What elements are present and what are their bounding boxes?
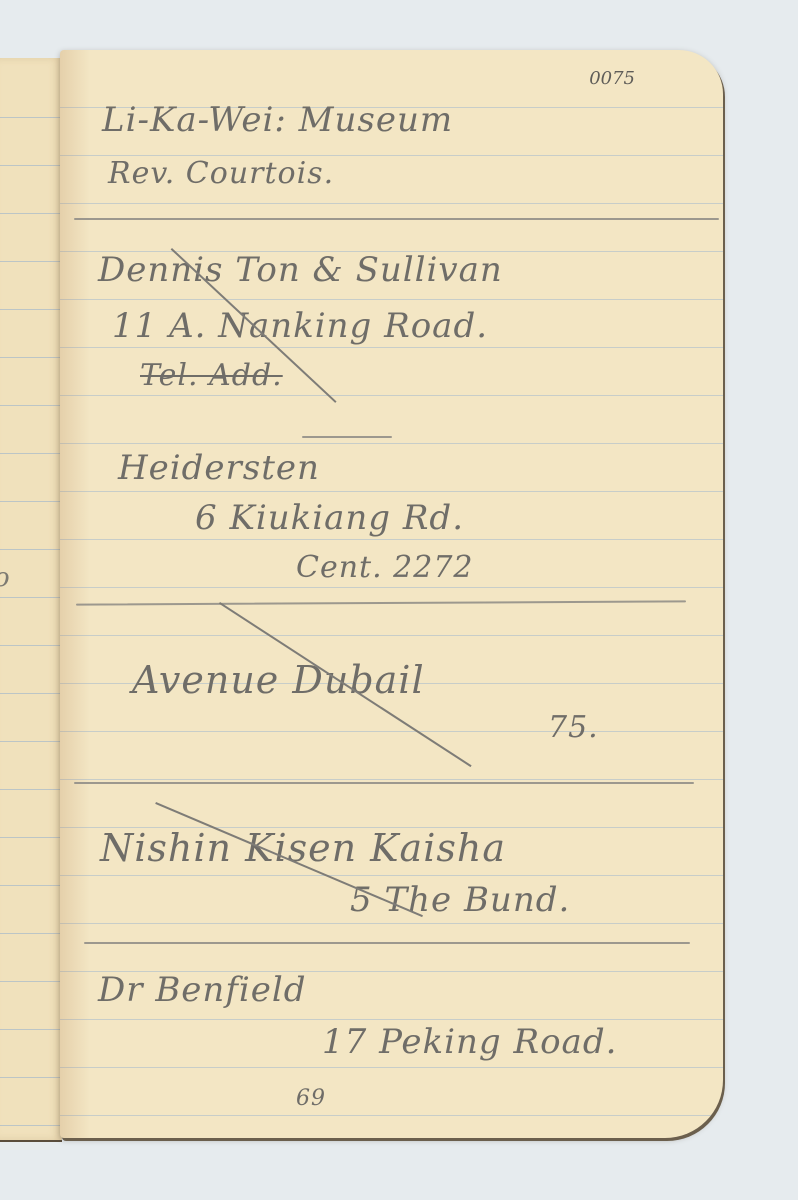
entry-line: 75.: [548, 710, 599, 745]
entry-line: Cent. 2272: [296, 550, 474, 585]
entry-line: Heidersten: [118, 448, 320, 488]
page-number: 69: [296, 1086, 326, 1111]
entry-line: Dennis Ton & Sullivan: [98, 250, 503, 290]
entry-line: Rev. Courtois.: [108, 156, 334, 191]
section-divider: [74, 218, 719, 220]
entry-line: Nishin Kisen Kaisha: [100, 826, 506, 870]
gutter-shadow: [60, 50, 90, 1138]
left-page-edge: o: [0, 58, 62, 1142]
entry-line-struck: Tel. Add.: [140, 358, 283, 393]
notebook-page: 0075 Li-Ka-Wei: Museum Rev. Courtois. De…: [60, 50, 723, 1138]
entry-line: Avenue Dubail: [132, 658, 425, 702]
entry-line: 6 Kiukiang Rd.: [195, 498, 464, 538]
entry-line: Li-Ka-Wei: Museum: [102, 100, 453, 140]
overline-mark: [302, 436, 392, 438]
entry-line: Dr Benfield: [98, 970, 307, 1010]
section-divider: [76, 600, 686, 605]
section-divider: [84, 942, 690, 944]
stray-ink-mark: o: [0, 563, 10, 593]
page-id: 0075: [589, 68, 635, 89]
entry-line: 17 Peking Road.: [322, 1022, 617, 1062]
entry-line: 11 A. Nanking Road.: [112, 306, 488, 346]
section-divider: [74, 782, 694, 784]
